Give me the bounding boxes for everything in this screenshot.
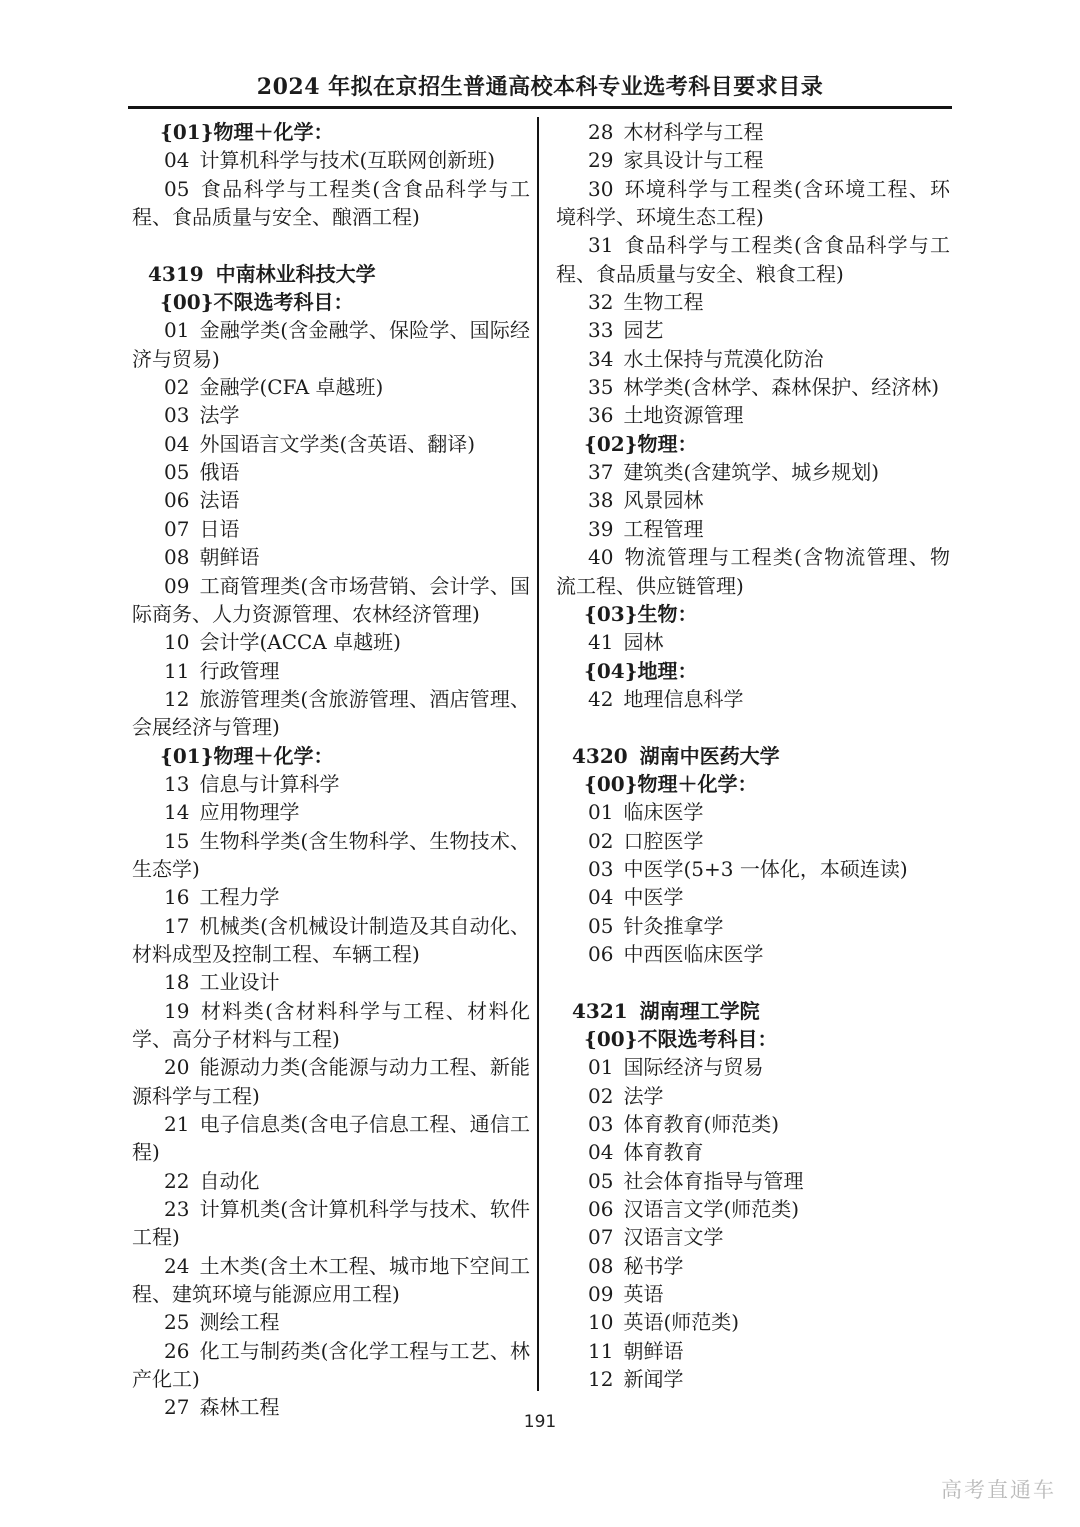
entry-number: 05: [164, 460, 189, 484]
entry-text: {01}物理＋化学：: [160, 120, 334, 144]
major-item: 06中西医临床医学: [556, 940, 950, 968]
major-item: 16工程力学: [132, 883, 530, 911]
major-item: 04外国语言文学类(含英语、翻译): [132, 430, 530, 458]
entry-number: 20: [164, 1055, 189, 1079]
entry-number: 4320: [572, 744, 628, 768]
major-item: 37建筑类(含建筑学、城乡规划): [556, 458, 950, 486]
major-item: 21电子信息类(含电子信息工程、通信工程): [132, 1110, 530, 1167]
entry-text: 旅游管理类(含旅游管理、酒店管理、会展经济与管理): [132, 687, 530, 739]
entry-number: 29: [588, 148, 613, 172]
entry-number: 05: [588, 1169, 613, 1193]
page-number: 191: [0, 1412, 1080, 1432]
major-item: 23计算机类(含计算机科学与技术、软件工程): [132, 1195, 530, 1252]
major-item: 10英语(师范类): [556, 1308, 950, 1336]
entry-number: 07: [164, 517, 189, 541]
major-item: 05针灸推拿学: [556, 912, 950, 940]
entry-text: 木材科学与工程: [623, 120, 763, 144]
entry-text: {04}地理：: [584, 659, 698, 683]
subject-group-header: {00}不限选考科目：: [132, 288, 530, 316]
major-item: 13信息与计算科学: [132, 770, 530, 798]
entry-text: 中医学: [623, 885, 683, 909]
major-item: 17机械类(含机械设计制造及其自动化、材料成型及控制工程、车辆工程): [132, 912, 530, 969]
entry-text: 湖南理工学院: [640, 999, 760, 1023]
major-item: 01金融学类(含金融学、保险学、国际经济与贸易): [132, 316, 530, 373]
subject-group-header: {01}物理＋化学：: [132, 118, 530, 146]
entry-text: 新闻学: [623, 1367, 683, 1391]
school-header: 4319中南林业科技大学: [132, 260, 530, 288]
entry-text: 工程力学: [199, 885, 279, 909]
entry-text: 俄语: [199, 460, 239, 484]
entry-text: 材料类(含材料科学与工程、材料化学、高分子材料与工程): [132, 999, 530, 1051]
major-item: 14应用物理学: [132, 798, 530, 826]
entry-number: 02: [588, 1084, 613, 1108]
entry-text: 生物科学类(含生物科学、生物技术、生态学): [132, 829, 530, 881]
entry-text: 林学类(含林学、森林保护、经济林): [623, 375, 939, 399]
entry-text: 机械类(含机械设计制造及其自动化、材料成型及控制工程、车辆工程): [132, 914, 530, 966]
entry-number: 05: [164, 177, 189, 201]
entry-text: 湖南中医药大学: [640, 744, 780, 768]
entry-text: 能源动力类(含能源与动力工程、新能源科学与工程): [132, 1055, 530, 1107]
subject-group-header: {03}生物：: [556, 600, 950, 628]
major-item: 09工商管理类(含市场营销、会计学、国际商务、人力资源管理、农林经济管理): [132, 572, 530, 629]
entry-number: 24: [164, 1254, 189, 1278]
major-item: 34水土保持与荒漠化防治: [556, 345, 950, 373]
major-item: 05俄语: [132, 458, 530, 486]
entry-text: 化工与制药类(含化学工程与工艺、林产化工): [132, 1339, 530, 1391]
entry-number: 02: [588, 829, 613, 853]
entry-number: 04: [164, 148, 189, 172]
entry-text: 环境科学与工程类(含环境工程、环境科学、环境生态工程): [556, 177, 950, 229]
entry-text: 建筑类(含建筑学、城乡规划): [623, 460, 879, 484]
entry-number: 30: [588, 177, 613, 201]
entry-number: 37: [588, 460, 613, 484]
major-item: 25测绘工程: [132, 1308, 530, 1336]
major-item: 05食品科学与工程类(含食品科学与工程、食品质量与安全、酿酒工程): [132, 175, 530, 232]
entry-text: 国际经济与贸易: [623, 1055, 763, 1079]
entry-number: 4319: [148, 262, 204, 286]
entry-number: 33: [588, 318, 613, 342]
entry-text: 信息与计算科学: [199, 772, 339, 796]
major-item: 28木材科学与工程: [556, 118, 950, 146]
entry-text: 工业设计: [199, 970, 279, 994]
entry-text: 中医学(5+3 一体化，本硕连读): [623, 857, 907, 881]
entry-number: 25: [164, 1310, 189, 1334]
entry-text: 工商管理类(含市场营销、会计学、国际商务、人力资源管理、农林经济管理): [132, 574, 530, 626]
school-header: 4320湖南中医药大学: [556, 742, 950, 770]
entry-text: 体育教育(师范类): [623, 1112, 779, 1136]
major-item: 06法语: [132, 486, 530, 514]
entry-number: 32: [588, 290, 613, 314]
major-item: 32生物工程: [556, 288, 950, 316]
major-item: 29家具设计与工程: [556, 146, 950, 174]
major-item: 42地理信息科学: [556, 685, 950, 713]
entry-text: 中南林业科技大学: [216, 262, 376, 286]
entry-text: 园艺: [623, 318, 663, 342]
major-item: 07日语: [132, 515, 530, 543]
entry-text: 针灸推拿学: [623, 914, 723, 938]
entry-text: 计算机科学与技术(互联网创新班): [199, 148, 495, 172]
entry-number: 4321: [572, 999, 628, 1023]
major-item: 20能源动力类(含能源与动力工程、新能源科学与工程): [132, 1053, 530, 1110]
entry-number: 21: [164, 1112, 189, 1136]
entry-number: 15: [164, 829, 189, 853]
entry-number: 01: [164, 318, 189, 342]
entry-number: 17: [164, 914, 189, 938]
entry-number: 05: [588, 914, 613, 938]
entry-number: 07: [588, 1225, 613, 1249]
entry-number: 09: [588, 1282, 613, 1306]
entry-text: 水土保持与荒漠化防治: [623, 347, 823, 371]
entry-number: 28: [588, 120, 613, 144]
entry-number: 19: [164, 999, 189, 1023]
entry-text: 食品科学与工程类(含食品科学与工程、食品质量与安全、粮食工程): [556, 233, 950, 285]
major-item: 02口腔医学: [556, 827, 950, 855]
major-item: 03中医学(5+3 一体化，本硕连读): [556, 855, 950, 883]
catalog-columns: {01}物理＋化学：04计算机科学与技术(互联网创新班)05食品科学与工程类(含…: [132, 118, 950, 1422]
entry-number: 03: [164, 403, 189, 427]
entry-text: 社会体育指导与管理: [623, 1169, 803, 1193]
entry-number: 01: [588, 1055, 613, 1079]
entry-text: 生物工程: [623, 290, 703, 314]
major-item: 12旅游管理类(含旅游管理、酒店管理、会展经济与管理): [132, 685, 530, 742]
entry-number: 23: [164, 1197, 189, 1221]
entry-text: 应用物理学: [199, 800, 299, 824]
entry-text: 汉语言文学(师范类): [623, 1197, 799, 1221]
entry-text: 金融学(CFA 卓越班): [199, 375, 383, 399]
major-item: 10会计学(ACCA 卓越班): [132, 628, 530, 656]
column-right: 28木材科学与工程29家具设计与工程30环境科学与工程类(含环境工程、环境科学、…: [556, 118, 950, 1422]
major-item: 03体育教育(师范类): [556, 1110, 950, 1138]
entry-text: 外国语言文学类(含英语、翻译): [199, 432, 475, 456]
entry-number: 10: [164, 630, 189, 654]
entry-number: 31: [588, 233, 613, 257]
entry-text: 园林: [623, 630, 663, 654]
entry-number: 38: [588, 488, 613, 512]
entry-number: 12: [588, 1367, 613, 1391]
major-item: 08朝鲜语: [132, 543, 530, 571]
entry-text: 英语: [623, 1282, 663, 1306]
major-item: 26化工与制药类(含化学工程与工艺、林产化工): [132, 1337, 530, 1394]
major-item: 09英语: [556, 1280, 950, 1308]
major-item: 11行政管理: [132, 657, 530, 685]
major-item: 02金融学(CFA 卓越班): [132, 373, 530, 401]
entry-number: 04: [164, 432, 189, 456]
entry-text: {02}物理：: [584, 432, 698, 456]
major-item: 01临床医学: [556, 798, 950, 826]
major-item: 30环境科学与工程类(含环境工程、环境科学、环境生态工程): [556, 175, 950, 232]
entry-text: 法学: [199, 403, 239, 427]
major-item: 07汉语言文学: [556, 1223, 950, 1251]
entry-number: 22: [164, 1169, 189, 1193]
entry-number: 04: [588, 885, 613, 909]
major-item: 12新闻学: [556, 1365, 950, 1393]
entry-number: 26: [164, 1339, 189, 1363]
entry-number: 09: [164, 574, 189, 598]
entry-text: 法学: [623, 1084, 663, 1108]
entry-text: 工程管理: [623, 517, 703, 541]
entry-number: 34: [588, 347, 613, 371]
entry-number: 39: [588, 517, 613, 541]
subject-group-header: {00}不限选考科目：: [556, 1025, 950, 1053]
entry-number: 11: [588, 1339, 613, 1363]
entry-text: 家具设计与工程: [623, 148, 763, 172]
entry-text: 临床医学: [623, 800, 703, 824]
entry-text: 汉语言文学: [623, 1225, 723, 1249]
entry-text: 测绘工程: [199, 1310, 279, 1334]
major-item: 15生物科学类(含生物科学、生物技术、生态学): [132, 827, 530, 884]
entry-text: 自动化: [199, 1169, 259, 1193]
page-title: 2024 年拟在京招生普通高校本科专业选考科目要求目录: [0, 70, 1080, 101]
major-item: 38风景园林: [556, 486, 950, 514]
entry-text: 法语: [199, 488, 239, 512]
entry-text: 秘书学: [623, 1254, 683, 1278]
major-item: 04体育教育: [556, 1138, 950, 1166]
entry-text: 体育教育: [623, 1140, 703, 1164]
entry-text: 食品科学与工程类(含食品科学与工程、食品质量与安全、酿酒工程): [132, 177, 530, 229]
entry-text: 土地资源管理: [623, 403, 743, 427]
entry-number: 40: [588, 545, 613, 569]
major-item: 02法学: [556, 1082, 950, 1110]
entry-text: 中西医临床医学: [623, 942, 763, 966]
major-item: 24土木类(含土木工程、城市地下空间工程、建筑环境与能源应用工程): [132, 1252, 530, 1309]
entry-text: {03}生物：: [584, 602, 698, 626]
major-item: 06汉语言文学(师范类): [556, 1195, 950, 1223]
entry-number: 41: [588, 630, 613, 654]
entry-number: 06: [588, 1197, 613, 1221]
entry-text: {01}物理＋化学：: [160, 744, 334, 768]
entry-text: 会计学(ACCA 卓越班): [199, 630, 400, 654]
subject-group-header: {01}物理＋化学：: [132, 742, 530, 770]
entry-text: 英语(师范类): [623, 1310, 739, 1334]
entry-text: 口腔医学: [623, 829, 703, 853]
entry-number: 36: [588, 403, 613, 427]
entry-text: {00}不限选考科目：: [160, 290, 354, 314]
watermark: 高考直通车: [941, 1474, 1056, 1504]
entry-number: 03: [588, 857, 613, 881]
entry-number: 11: [164, 659, 189, 683]
entry-text: 地理信息科学: [623, 687, 743, 711]
entry-text: {00}不限选考科目：: [584, 1027, 778, 1051]
entry-text: 金融学类(含金融学、保险学、国际经济与贸易): [132, 318, 530, 370]
entry-number: 04: [588, 1140, 613, 1164]
major-item: 19材料类(含材料科学与工程、材料化学、高分子材料与工程): [132, 997, 530, 1054]
major-item: 41园林: [556, 628, 950, 656]
entry-number: 06: [588, 942, 613, 966]
entry-number: 12: [164, 687, 189, 711]
major-item: 04中医学: [556, 883, 950, 911]
entry-number: 14: [164, 800, 189, 824]
major-item: 01国际经济与贸易: [556, 1053, 950, 1081]
major-item: 40物流管理与工程类(含物流管理、物流工程、供应链管理): [556, 543, 950, 600]
entry-text: 朝鲜语: [199, 545, 259, 569]
entry-text: 行政管理: [199, 659, 279, 683]
major-item: 18工业设计: [132, 968, 530, 996]
major-item: 22自动化: [132, 1167, 530, 1195]
major-item: 33园艺: [556, 316, 950, 344]
entry-number: 18: [164, 970, 189, 994]
entry-text: 土木类(含土木工程、城市地下空间工程、建筑环境与能源应用工程): [132, 1254, 530, 1306]
entry-number: 35: [588, 375, 613, 399]
subject-group-header: {04}地理：: [556, 657, 950, 685]
column-left: {01}物理＋化学：04计算机科学与技术(互联网创新班)05食品科学与工程类(含…: [132, 118, 530, 1422]
entry-number: 08: [164, 545, 189, 569]
school-header: 4321湖南理工学院: [556, 997, 950, 1025]
major-item: 11朝鲜语: [556, 1337, 950, 1365]
entry-number: 03: [588, 1112, 613, 1136]
entry-text: 日语: [199, 517, 239, 541]
entry-text: 物流管理与工程类(含物流管理、物流工程、供应链管理): [556, 545, 950, 597]
entry-number: 01: [588, 800, 613, 824]
entry-number: 06: [164, 488, 189, 512]
entry-text: 计算机类(含计算机科学与技术、软件工程): [132, 1197, 530, 1249]
entry-text: 电子信息类(含电子信息工程、通信工程): [132, 1112, 530, 1164]
subject-group-header: {00}物理＋化学：: [556, 770, 950, 798]
entry-text: {00}物理＋化学：: [584, 772, 758, 796]
entry-text: 风景园林: [623, 488, 703, 512]
major-item: 03法学: [132, 401, 530, 429]
entry-number: 42: [588, 687, 613, 711]
catalog-page: { "page": { "title": "2024 年拟在京招生普通高校本科专…: [0, 0, 1080, 1527]
entry-number: 08: [588, 1254, 613, 1278]
title-rule: [128, 106, 952, 109]
major-item: 31食品科学与工程类(含食品科学与工程、食品质量与安全、粮食工程): [556, 231, 950, 288]
entry-number: 13: [164, 772, 189, 796]
major-item: 05社会体育指导与管理: [556, 1167, 950, 1195]
major-item: 04计算机科学与技术(互联网创新班): [132, 146, 530, 174]
entry-text: 朝鲜语: [623, 1339, 683, 1363]
entry-number: 02: [164, 375, 189, 399]
entry-number: 16: [164, 885, 189, 909]
entry-number: 10: [588, 1310, 613, 1334]
subject-group-header: {02}物理：: [556, 430, 950, 458]
major-item: 39工程管理: [556, 515, 950, 543]
major-item: 08秘书学: [556, 1252, 950, 1280]
major-item: 35林学类(含林学、森林保护、经济林): [556, 373, 950, 401]
major-item: 36土地资源管理: [556, 401, 950, 429]
